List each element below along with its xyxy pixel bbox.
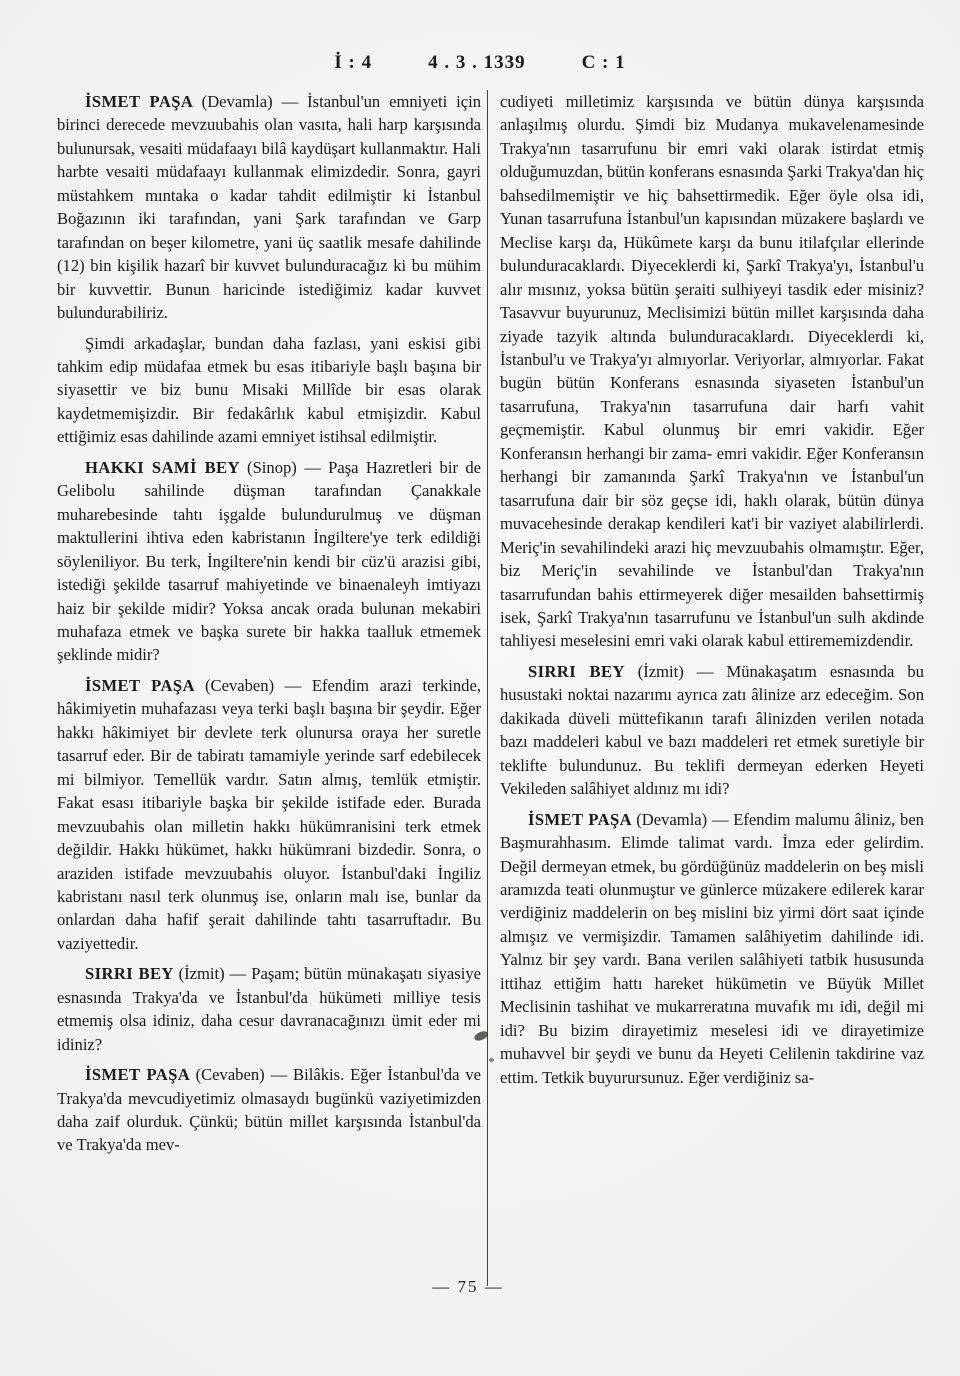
right-column: cudiyeti milletimiz karşısında ve bütün … — [500, 90, 924, 1286]
speaker-name: SIRRI BEY — [85, 964, 179, 983]
speaker-role: (İzmit) — [638, 662, 697, 681]
paragraph: İSMET PAŞA (Cevaben) — Bilâkis. Eğer İst… — [57, 1063, 481, 1157]
speaker-role: (Devamla) — [636, 810, 712, 829]
speaker-name: İSMET PAŞA — [528, 810, 636, 829]
session-date: 4 . 3 . 1339 — [428, 52, 526, 74]
paragraph: İSMET PAŞA (Devamla) — Efendim malumu âl… — [500, 808, 924, 1089]
paragraph-text: cudiyeti milletimiz karşısında ve bütün … — [500, 92, 924, 650]
paragraph: İSMET PAŞA (Cevaben) — Efendim arazi ter… — [57, 674, 481, 955]
speaker-role: (Cevaben) — [205, 676, 285, 695]
paragraph: SIRRI BEY (İzmit) — Münakaşatım esnasınd… — [500, 660, 924, 801]
paragraph: İSMET PAŞA (Devamla) — İstanbul'un emniy… — [57, 90, 481, 325]
paragraph-text: — Efendim arazi terkinde, hâkimiyetin mu… — [57, 676, 481, 953]
speaker-name: İSMET PAŞA — [85, 92, 202, 111]
page-header: İ : 4 4 . 3 . 1339 C : 1 — [0, 52, 960, 74]
speaker-role: (İzmit) — [179, 964, 230, 983]
session-number: İ : 4 — [334, 52, 372, 74]
speaker-role: (Devamla) — [202, 92, 282, 111]
speaker-name: SIRRI BEY — [528, 662, 638, 681]
speaker-role: (Sinop) — [247, 458, 304, 477]
paragraph: SIRRI BEY (İzmit) — Paşam; bütün münakaş… — [57, 962, 481, 1056]
left-column: İSMET PAŞA (Devamla) — İstanbul'un emniy… — [57, 90, 481, 1286]
ink-dot-mark — [489, 1058, 494, 1062]
paragraph-text: Şimdi arkadaşlar, bundan daha fazlası, y… — [57, 334, 481, 447]
speaker-name: İSMET PAŞA — [85, 676, 205, 695]
page-number: — 75 — — [0, 1277, 936, 1297]
paragraph-text: — Efendim malumu âliniz, ben Başmurahhas… — [500, 810, 924, 1087]
session-part: C : 1 — [582, 52, 626, 74]
paragraph-text: — İstanbul'un emniyeti için birinci dere… — [57, 92, 481, 322]
column-divider — [487, 90, 488, 1286]
speaker-name: İSMET PAŞA — [85, 1065, 196, 1084]
speaker-role: (Cevaben) — [196, 1065, 271, 1084]
speaker-name: HAKKI SAMİ BEY — [85, 458, 247, 477]
paragraph-text: — Münakaşatım esnasında bu husustaki nok… — [500, 662, 924, 798]
document-page: İ : 4 4 . 3 . 1339 C : 1 İSMET PAŞA (Dev… — [0, 0, 960, 1376]
paragraph: HAKKI SAMİ BEY (Sinop) — Paşa Hazretleri… — [57, 456, 481, 667]
text-columns: İSMET PAŞA (Devamla) — İstanbul'un emniy… — [57, 90, 924, 1286]
paragraph: Şimdi arkadaşlar, bundan daha fazlası, y… — [57, 332, 481, 449]
paragraph-text: — Paşa Hazretleri bir de Gelibolu sahili… — [57, 458, 481, 665]
paragraph: cudiyeti milletimiz karşısında ve bütün … — [500, 90, 924, 653]
